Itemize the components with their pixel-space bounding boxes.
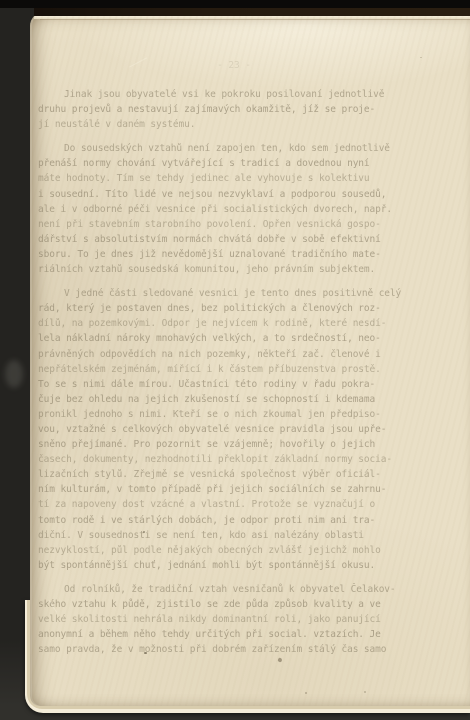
ghost-line: druhu projevů a nestavují zajímavých oka…	[38, 102, 430, 117]
ghost-line: tí za napoveny dost vzácné a vlastní. Pr…	[38, 497, 430, 512]
ghost-line: samo pravda, že v možnosti při dobrém za…	[38, 642, 430, 657]
ghost-paragraphs: Jinak jsou obyvatelé vsi ke pokroku posi…	[38, 87, 430, 657]
ghost-line: ním kulturám, v tomto případě při jejich…	[38, 482, 430, 497]
book-top-shadow	[34, 7, 470, 16]
ghost-line: lizačních stylů. Zřejmě se vesnická spol…	[38, 467, 430, 482]
ghost-line: ale i v odborné péči vesnice při sociali…	[38, 202, 430, 217]
ghost-line: časech, dokumenty, nezhodnotili překlopi…	[38, 452, 430, 467]
paper-speck	[143, 531, 145, 533]
ghost-line: máte hodnoty. Tím se tehdy jedinec ale v…	[38, 171, 430, 186]
paper-speck	[420, 57, 422, 58]
ghost-line: V jedné části sledované vesnici je tento…	[38, 286, 430, 301]
ghost-line: být spontánnější chuť, jednání mohli být…	[38, 558, 430, 573]
ghost-line: jí neustálé v daném systému.	[38, 117, 430, 132]
ghost-line: Od rolníků, že tradiční vztah vesničanů …	[38, 582, 430, 597]
ghost-line: lela nákladní nároky mnohavých velkých, …	[38, 331, 430, 346]
book-scan: - 23 - Jinak jsou obyvatelé vsi ke pokro…	[0, 0, 470, 720]
book-page: - 23 - Jinak jsou obyvatelé vsi ke pokro…	[30, 12, 470, 706]
scan-top-black-strip	[0, 0, 470, 8]
ghost-paragraph: V jedné části sledované vesnici je tento…	[38, 286, 430, 573]
ghost-line: právněných odpovědích na nich pozemky, n…	[38, 347, 430, 362]
ghost-line: i sousední. Títo lidé ve nejsou nezvykla…	[38, 187, 430, 202]
ghost-line: nepřátelském zejménám, mířící i k částem…	[38, 362, 430, 377]
ghost-page-number: - 23 -	[38, 58, 430, 73]
ghost-line: rád, který je postaven dnes, bez politic…	[38, 301, 430, 316]
ghost-paragraph: Od rolníků, že tradiční vztah vesničanů …	[38, 582, 430, 657]
page-top-crease	[40, 19, 470, 20]
ghost-line: přenáší normy chování vytvářející s trad…	[38, 156, 430, 171]
ghost-line: ského vztahu k půdě, zjistilo se zde půd…	[38, 597, 430, 612]
bleedthrough-text: - 23 - Jinak jsou obyvatelé vsi ke pokro…	[38, 58, 430, 666]
ghost-line: dářství s absolutistvím normách chvátá d…	[38, 232, 430, 247]
paper-speck	[305, 692, 307, 694]
ghost-line: Do sousedských vztahů není zapojen ten, …	[38, 141, 430, 156]
ghost-line: pronikl jednoho s nimi. Kteří se o nich …	[38, 407, 430, 422]
paper-speck	[364, 691, 366, 693]
ghost-line: není při stavebním starobního povolení. …	[38, 217, 430, 232]
paper-speck	[144, 652, 147, 654]
ghost-line: tomto rodě i ve stárlých dobách, je odpo…	[38, 513, 430, 528]
ghost-line: velké skolitosti nehrála nikdy dominantn…	[38, 612, 430, 627]
ghost-line: anonymní a během něho tehdy určitých při…	[38, 627, 430, 642]
ghost-line: Jinak jsou obyvatelé vsi ke pokroku posi…	[38, 87, 430, 102]
ghost-line: diční. V sousednosti se není ten, kdo as…	[38, 528, 430, 543]
ghost-paragraph: Do sousedských vztahů není zapojen ten, …	[38, 141, 430, 277]
ghost-line: sboru. To je dnes již nevědomější uznalo…	[38, 247, 430, 262]
ghost-line: sněno přejímané. Pro pozornit se vzájemn…	[38, 437, 430, 452]
ghost-line: čuje bez ohledu na jejich zkušeností se …	[38, 392, 430, 407]
ghost-line: vou, vztažné s celkových obyvatelé vesni…	[38, 422, 430, 437]
ghost-line: dílů, na pozemkovými. Odpor je nejvícem …	[38, 316, 430, 331]
scanner-backdrop-smudge	[5, 360, 23, 388]
ghost-line: To se s nimi dále mírou. Učastníci této …	[38, 377, 430, 392]
ghost-paragraph: Jinak jsou obyvatelé vsi ke pokroku posi…	[38, 87, 430, 132]
ghost-line: riálních vztahů sousedská komunitou, jeh…	[38, 262, 430, 277]
ghost-line: nezvyklostí, půl podle nějakých obecných…	[38, 543, 430, 558]
